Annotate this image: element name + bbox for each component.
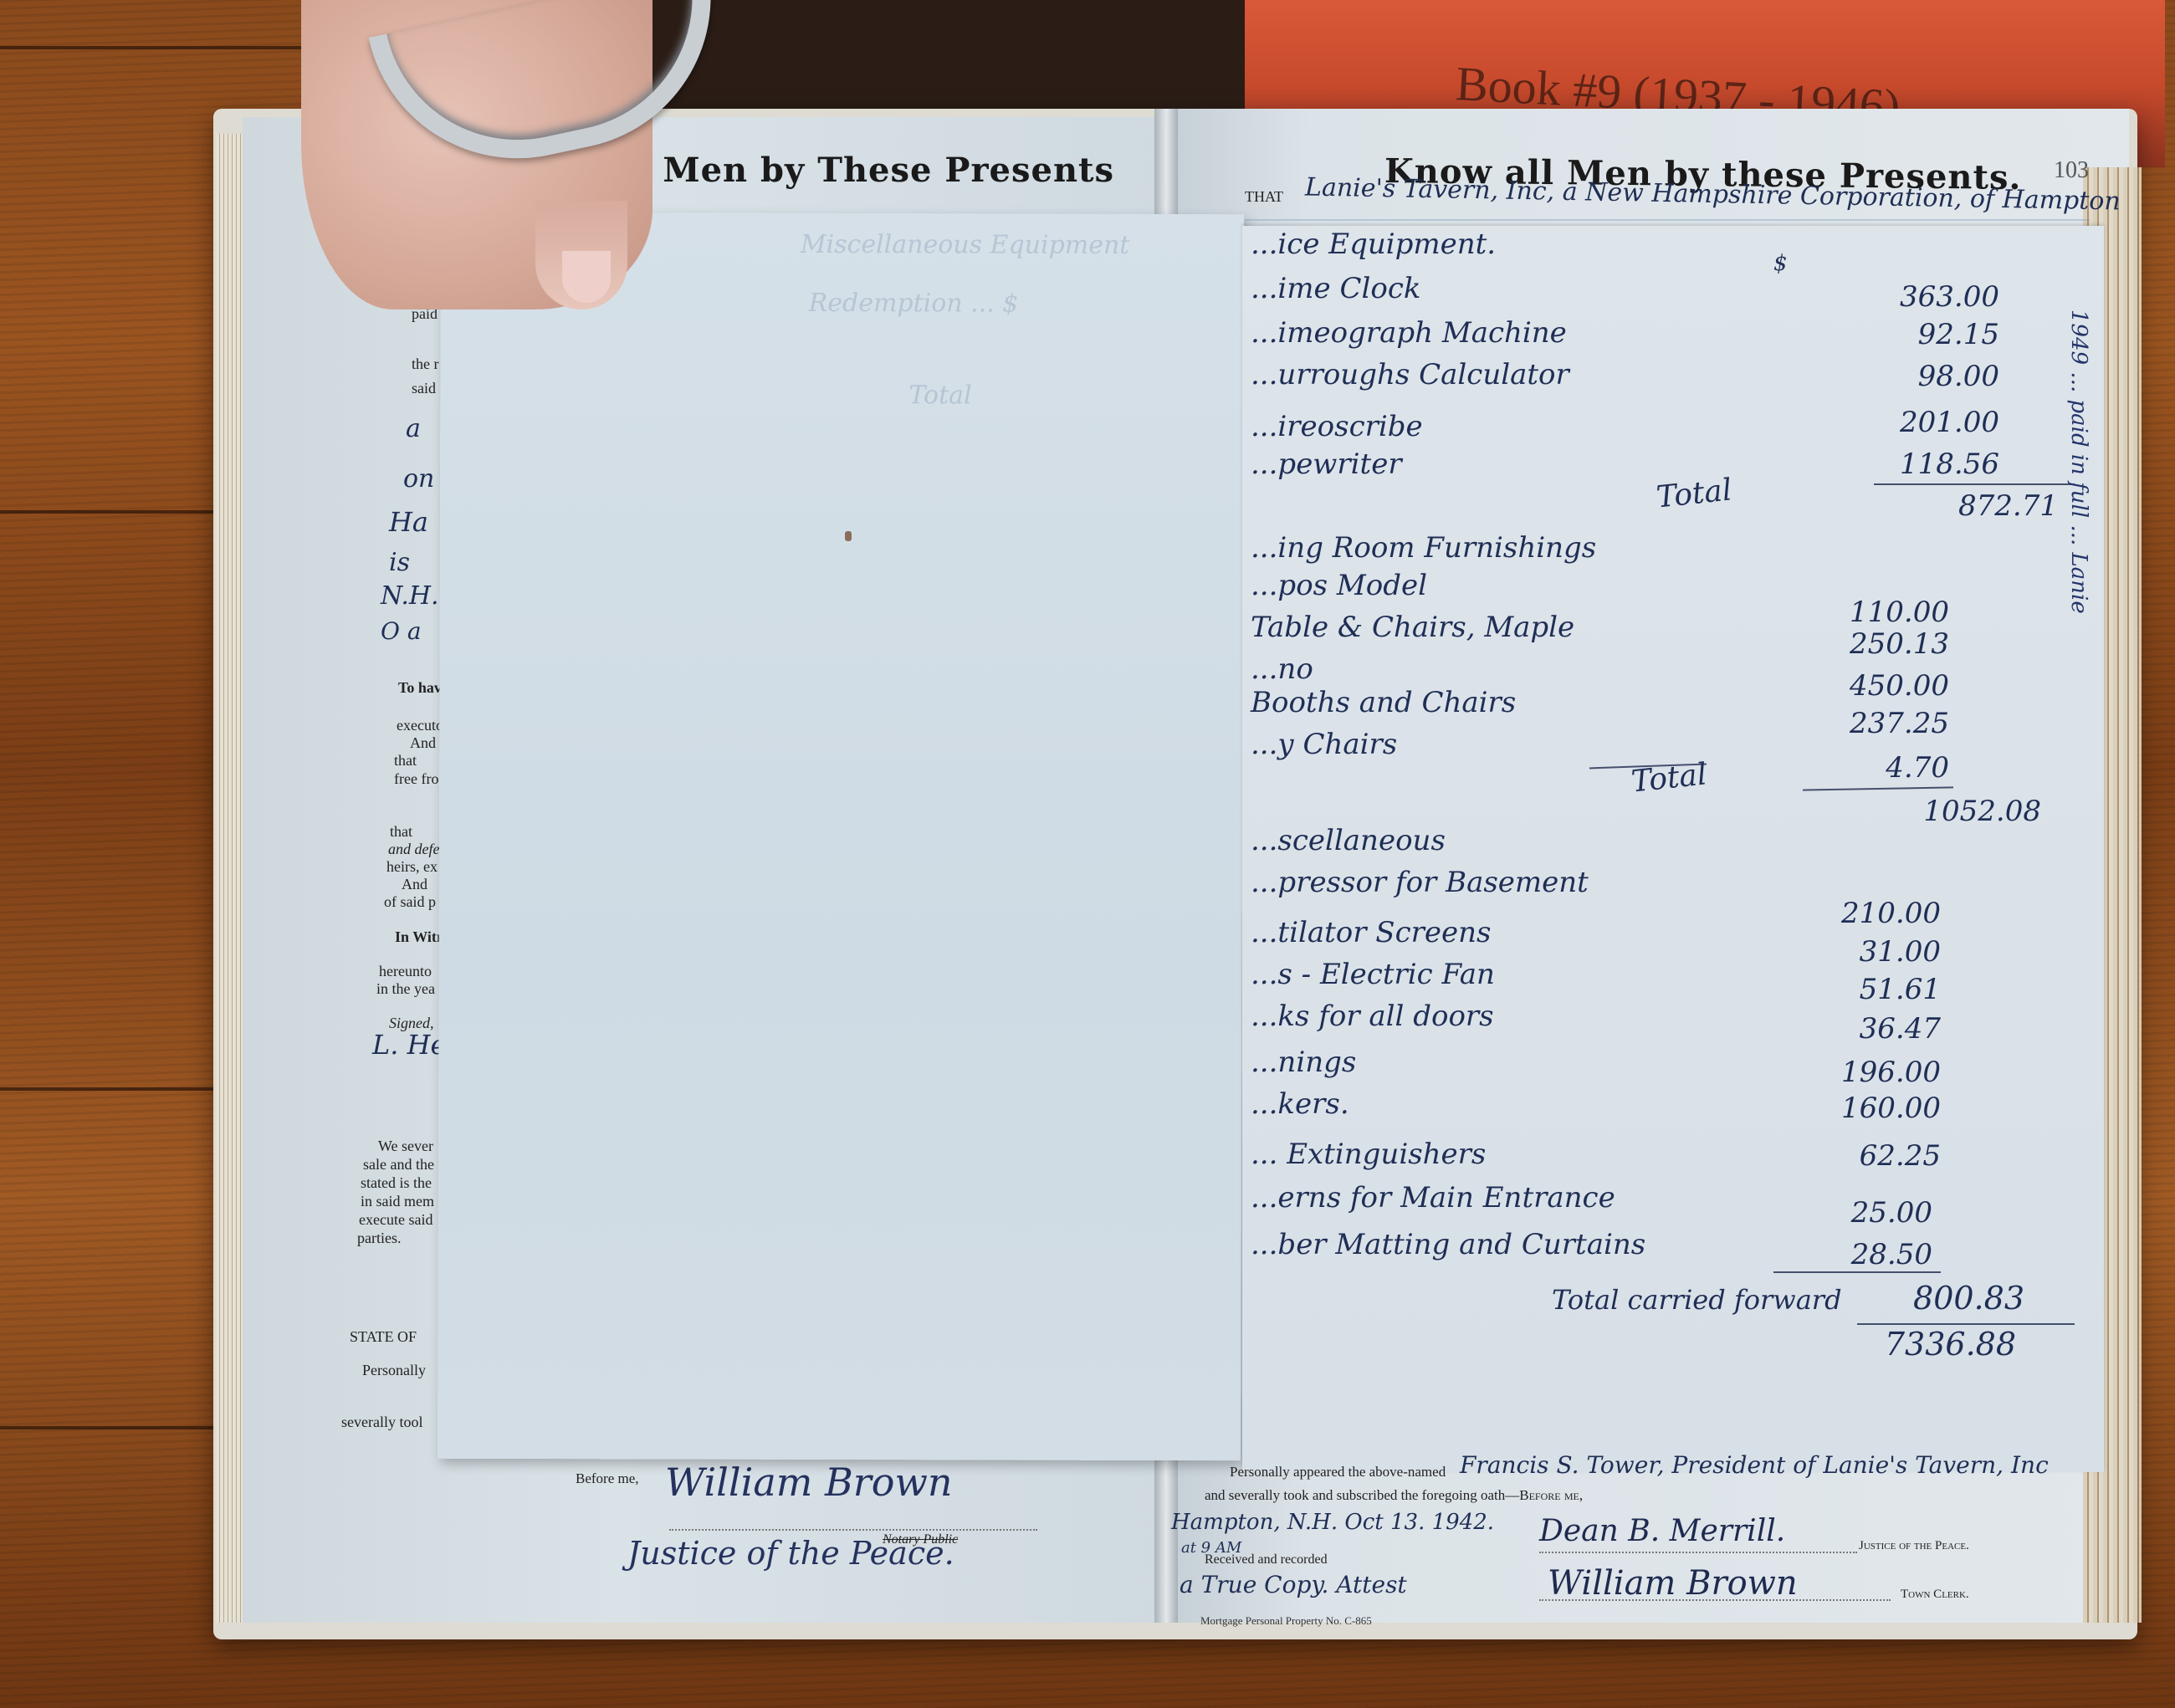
left-fragment: free fro	[394, 770, 438, 788]
item-label: ...kers.	[1251, 1087, 1349, 1121]
left-fragment: executo	[397, 717, 443, 734]
item-label: ...no	[1251, 652, 1313, 686]
ghost-text: Total	[908, 381, 971, 410]
fingernail	[562, 251, 611, 303]
jp-title: Justice of the Peace.	[1859, 1539, 1969, 1553]
left-fragment: of said p	[384, 893, 436, 911]
item-amount: 196.00	[1757, 1056, 1941, 1089]
left-fragment: stated is the	[361, 1174, 432, 1192]
left-fragment: Personally	[362, 1362, 426, 1379]
left-fragment: heirs, ex	[386, 858, 438, 876]
loose-sheet[interactable]: Miscellaneous Equipment Redemption ... $…	[438, 212, 1244, 1461]
item-label: ...ber Matting and Curtains	[1251, 1228, 1645, 1261]
item-label: ... Extinguishers	[1251, 1138, 1486, 1171]
clerk-signature-line	[1539, 1599, 1891, 1601]
grand-total: 7336.88	[1832, 1326, 2016, 1363]
section-total: 872.71	[1874, 489, 2058, 523]
item-label: ...s - Electric Fan	[1251, 958, 1495, 991]
section-title: ...scellaneous	[1251, 824, 1446, 857]
justice-title-handwritten: Justice of the Peace.	[627, 1535, 954, 1572]
item-amount: 160.00	[1757, 1092, 1941, 1125]
left-hand-fragment: Ha	[389, 506, 428, 538]
left-fragment: To hav	[398, 679, 442, 697]
left-fragment: We sever	[378, 1138, 433, 1155]
clerk-signature: William Brown	[1548, 1564, 1798, 1603]
left-fragment: and defe	[388, 841, 439, 858]
item-label: ...pos Model	[1251, 569, 1427, 602]
ruled-line	[1245, 219, 2090, 221]
place-date: Hampton, N.H. Oct 13. 1942.	[1171, 1510, 1494, 1535]
left-fragment: in said mem	[361, 1193, 434, 1210]
left-fragment: severally tool	[341, 1414, 422, 1431]
left-fragment: parties.	[357, 1230, 401, 1247]
item-amount: 98.00	[1815, 360, 1999, 393]
item-amount: 201.00	[1815, 406, 1999, 439]
left-hand-fragment: is	[389, 548, 410, 577]
left-fragment: STATE OF	[350, 1328, 417, 1346]
left-hand-fragment: on	[403, 464, 434, 493]
item-label: ...pewriter	[1251, 447, 1402, 481]
item-label: Table & Chairs, Maple	[1251, 611, 1574, 644]
clerk-title: Town Clerk.	[1901, 1588, 1969, 1602]
oath-text: and severally took and subscribed the fo…	[1205, 1487, 1583, 1504]
appeared-name: Francis S. Tower, President of Lanie's T…	[1460, 1451, 2049, 1479]
floor-plank-gap	[0, 1087, 217, 1091]
floor-plank-gap	[0, 510, 217, 514]
item-amount: 363.00	[1815, 280, 1999, 314]
jp-signature: Dean B. Merrill.	[1539, 1514, 1785, 1548]
item-amount: 25.00	[1748, 1196, 1932, 1230]
item-label: ...y Chairs	[1251, 728, 1397, 761]
item-amount: 450.00	[1765, 669, 1949, 703]
ghost-text: Miscellaneous Equipment	[801, 230, 1130, 260]
true-copy-attest: a True Copy. Attest	[1180, 1571, 1407, 1598]
appeared-text: Personally appeared the above-named	[1230, 1464, 1446, 1480]
left-fragment: that	[390, 823, 412, 841]
item-amount: 237.25	[1765, 707, 1949, 740]
jp-signature-line	[1539, 1552, 1857, 1553]
left-hand-fragment: N.H.	[381, 581, 439, 611]
left-fragment: said	[412, 380, 436, 397]
background-shadow	[652, 0, 1246, 125]
item-amount: 4.70	[1765, 751, 1949, 785]
before-me-label: Before me,	[576, 1470, 639, 1487]
section-total: 1052.08	[1857, 795, 2041, 828]
floor-plank-gap	[0, 1426, 217, 1429]
left-fragment: And	[402, 876, 427, 893]
item-amount: 28.50	[1748, 1238, 1932, 1271]
left-hand-fragment: O a	[381, 617, 422, 645]
notary-signature: William Brown	[665, 1460, 952, 1505]
item-label: ...pressor for Basement	[1251, 866, 1589, 899]
carried-forward-total: 800.83	[1840, 1280, 2024, 1317]
before-me-label: Before me,	[1519, 1487, 1583, 1503]
item-label: ...ks for all doors	[1251, 1000, 1494, 1033]
item-amount: 250.13	[1765, 627, 1949, 661]
section-title: ...ice Equipment.	[1251, 228, 1496, 261]
item-label: ...ireoscribe	[1251, 410, 1423, 443]
margin-note: 1949 ... paid in full ... Lanie	[2066, 309, 2091, 614]
left-fragment: that	[394, 752, 417, 770]
total-carried-forward-label: Total carried forward	[1552, 1284, 1842, 1316]
left-fragment: And	[410, 734, 436, 752]
subtotal-rule	[1773, 1271, 1941, 1273]
item-label: ...erns for Main Entrance	[1251, 1181, 1615, 1215]
page-number: 103	[2054, 157, 2089, 184]
item-label: Booths and Chairs	[1251, 686, 1516, 719]
item-amount: 92.15	[1815, 318, 1999, 351]
section-title: ...ing Room Furnishings	[1251, 531, 1596, 565]
left-fragment: in the yea	[376, 980, 435, 998]
paper-spot	[845, 531, 852, 541]
grand-total-rule	[1857, 1323, 2075, 1325]
ghost-text: Redemption ... $	[809, 289, 1019, 319]
item-amount: 210.00	[1757, 897, 1941, 930]
item-amount: 62.25	[1757, 1139, 1941, 1173]
item-label: ...imeograph Machine	[1251, 316, 1567, 350]
oath-text-main: and severally took and subscribed the fo…	[1205, 1487, 1519, 1503]
subtotal-rule	[1874, 483, 2075, 485]
item-amount: 118.56	[1815, 447, 1999, 481]
item-amount: 51.61	[1757, 973, 1941, 1006]
item-label: ...nings	[1251, 1046, 1356, 1079]
item-amount: 31.00	[1757, 935, 1941, 969]
item-label: ...ime Clock	[1251, 272, 1420, 305]
item-amount: 36.47	[1757, 1012, 1941, 1046]
received-recorded: Received and recorded	[1205, 1552, 1328, 1567]
left-hand-fragment: L. He	[372, 1029, 446, 1061]
left-fragment: the r	[412, 355, 438, 373]
signature-line	[669, 1529, 1037, 1531]
left-fragment: In Witr	[395, 928, 443, 946]
item-amount: 110.00	[1765, 596, 1949, 629]
left-fragment: execute said	[359, 1211, 432, 1229]
currency-symbol: $	[1773, 251, 1807, 276]
item-label: ...tilator Screens	[1251, 916, 1491, 949]
left-fragment: sale and the	[363, 1156, 434, 1174]
left-page-heading: ll Men by These Presents	[623, 151, 1114, 190]
form-number: Mortgage Personal Property No. C-865	[1200, 1614, 1372, 1628]
item-label: ...urroughs Calculator	[1251, 358, 1569, 391]
that-label: THAT	[1245, 188, 1283, 206]
left-fragment: hereunto	[379, 963, 432, 980]
left-hand-fragment: a	[406, 414, 421, 443]
